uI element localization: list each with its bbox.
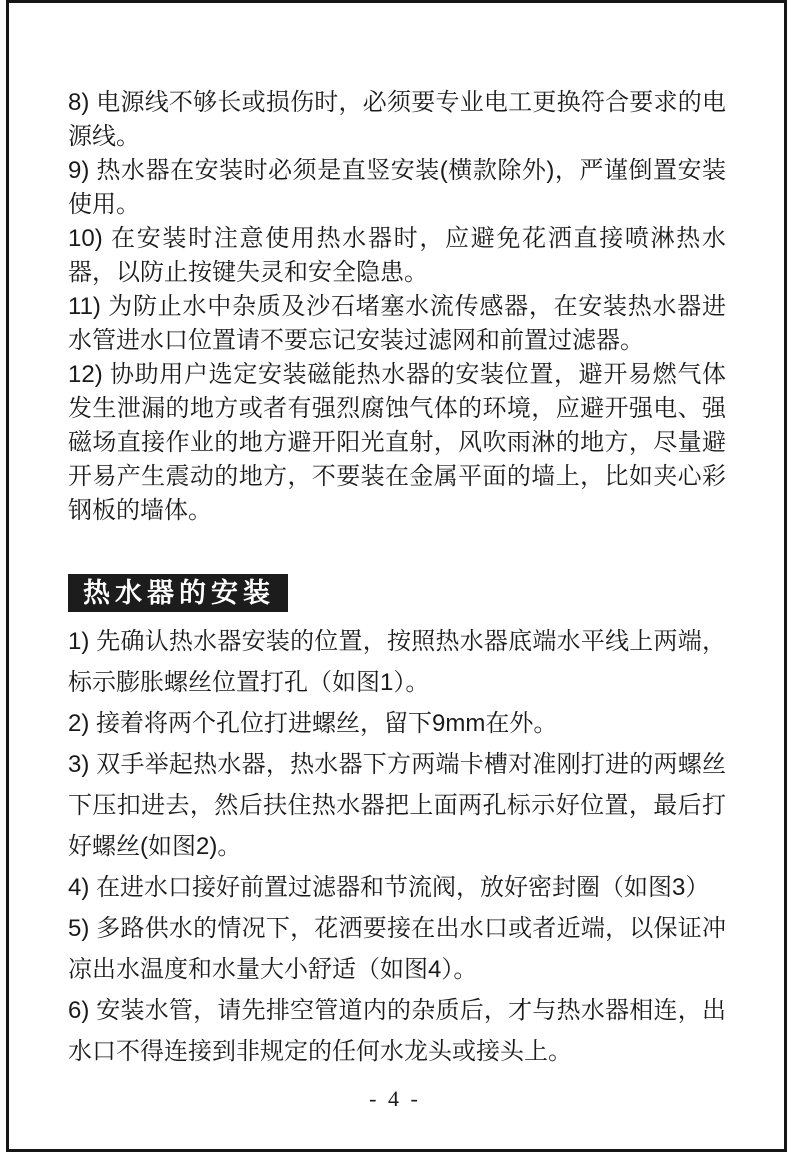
manual-document-page: 8) 电源线不够长或损伤时，必须要专业电工更换符合要求的电源线。 9) 热水器在… (0, 0, 790, 1155)
install-step-6: 6) 安装水管，请先排空管道内的杂质后，才与热水器相连，出水口不得连接到非规定的… (68, 990, 726, 1072)
install-step-1: 1) 先确认热水器安装的位置，按照热水器底端水平线上两端，标示膨胀螺丝位置打孔（… (68, 621, 726, 703)
install-steps-section: 1) 先确认热水器安装的位置，按照热水器底端水平线上两端，标示膨胀螺丝位置打孔（… (68, 621, 726, 1072)
install-section-title: 热水器的安装 (83, 578, 275, 608)
safety-item-8: 8) 电源线不够长或损伤时，必须要专业电工更换符合要求的电源线。 (68, 86, 726, 154)
safety-item-11: 11) 为防止水中杂质及沙石堵塞水流传感器，在安装热水器进水管进水口位置请不要忘… (68, 290, 726, 358)
safety-item-12: 12) 协助用户选定安装磁能热水器的安装位置，避开易燃气体发生泄漏的地方或者有强… (68, 358, 726, 528)
install-step-4: 4) 在进水口接好前置过滤器和节流阀，放好密封圈（如图3） (68, 867, 726, 908)
install-step-5: 5) 多路供水的情况下，花洒要接在出水口或者近端，以保证冲凉出水温度和水量大小舒… (68, 908, 726, 990)
page-number: - 4 - (0, 1086, 790, 1112)
install-step-3: 3) 双手举起热水器，热水器下方两端卡槽对准刚打进的两螺丝下压扣进去，然后扶住热… (68, 744, 726, 867)
safety-item-9: 9) 热水器在安装时必须是直竖安装(横款除外)，严谨倒置安装使用。 (68, 154, 726, 222)
safety-notes-section: 8) 电源线不够长或损伤时，必须要专业电工更换符合要求的电源线。 9) 热水器在… (68, 86, 726, 528)
safety-item-10: 10) 在安装时注意使用热水器时，应避免花洒直接喷淋热水器，以防止按键失灵和安全… (68, 222, 726, 290)
install-step-2: 2) 接着将两个孔位打进螺丝，留下9mm在外。 (68, 703, 726, 744)
install-section-title-block: 热水器的安装 (68, 574, 288, 612)
